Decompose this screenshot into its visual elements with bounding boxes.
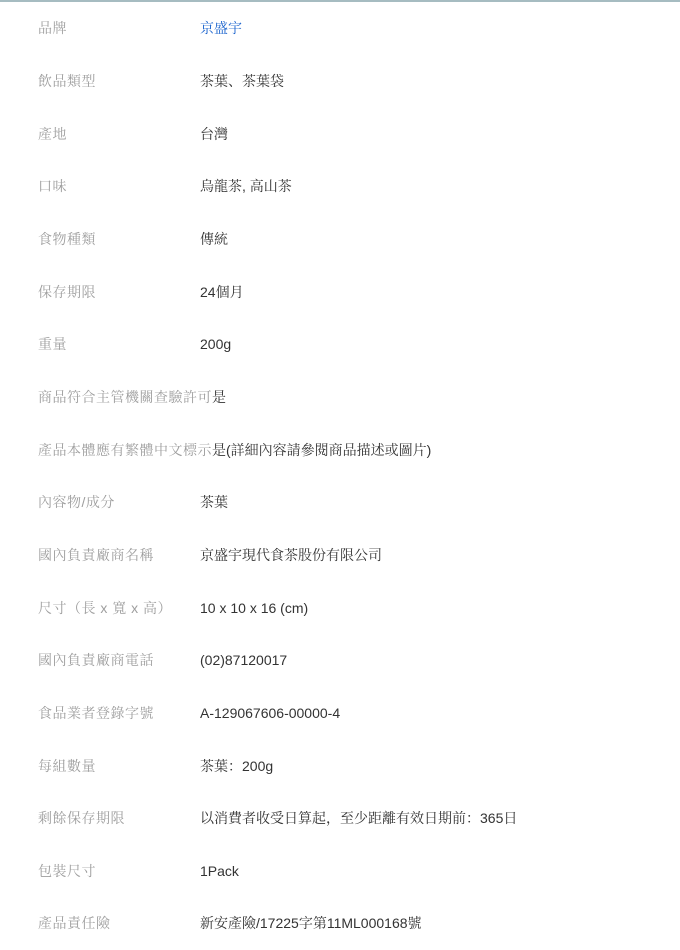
- spec-value: 10 x 10 x 16 (cm): [200, 600, 308, 616]
- product-spec-table: 品牌 京盛宇 飲品類型 茶葉、茶葉袋 產地 台灣 口味 烏龍茶, 高山茶 食物種…: [0, 0, 680, 950]
- spec-label: 產品責任險: [0, 913, 200, 933]
- spec-label: 國內負責廠商名稱: [0, 545, 200, 565]
- spec-label: 國內負責廠商電話: [0, 650, 200, 670]
- spec-row: 口味 烏龍茶, 高山茶: [0, 160, 680, 213]
- spec-value: 1Pack: [200, 863, 239, 879]
- spec-row: 產品責任險 新安產險/17225字第11ML000168號: [0, 897, 680, 950]
- spec-label: 尺寸（長 x 寬 x 高）: [0, 598, 200, 618]
- spec-label: 飲品類型: [0, 71, 200, 91]
- spec-value: 台灣: [200, 124, 228, 144]
- spec-row: 產品本體應有繁體中文標示 是(詳細內容請參閱商品描述或圖片): [0, 423, 680, 476]
- spec-value: 是: [212, 387, 226, 407]
- spec-row: 食物種類 傳統: [0, 213, 680, 266]
- spec-row: 內容物/成分 茶葉: [0, 476, 680, 529]
- spec-row: 品牌 京盛宇: [0, 2, 680, 55]
- spec-value: 是(詳細內容請參閱商品描述或圖片): [212, 440, 431, 460]
- spec-row: 剩餘保存期限 以消費者收受日算起，至少距離有效日期前：365日: [0, 792, 680, 845]
- spec-label: 包裝尺寸: [0, 861, 200, 881]
- spec-label: 商品符合主管機關查驗許可: [0, 387, 212, 407]
- spec-value: 以消費者收受日算起，至少距離有效日期前：365日: [200, 808, 517, 828]
- spec-value: 24個月: [200, 282, 244, 302]
- brand-link[interactable]: 京盛宇: [200, 18, 242, 38]
- spec-label: 每組數量: [0, 756, 200, 776]
- spec-row: 尺寸（長 x 寬 x 高） 10 x 10 x 16 (cm): [0, 581, 680, 634]
- spec-value: (02)87120017: [200, 652, 287, 668]
- spec-row: 商品符合主管機關查驗許可 是: [0, 371, 680, 424]
- spec-value: A-129067606-00000-4: [200, 705, 340, 721]
- spec-value: 茶葉：200g: [200, 756, 273, 776]
- spec-value: 茶葉、茶葉袋: [200, 71, 284, 91]
- spec-row: 包裝尺寸 1Pack: [0, 845, 680, 898]
- spec-label: 品牌: [0, 18, 200, 38]
- spec-label: 重量: [0, 334, 200, 354]
- spec-label: 產品本體應有繁體中文標示: [0, 440, 212, 460]
- spec-row: 食品業者登錄字號 A-129067606-00000-4: [0, 687, 680, 740]
- spec-row: 每組數量 茶葉：200g: [0, 739, 680, 792]
- spec-label: 口味: [0, 176, 200, 196]
- spec-label: 食物種類: [0, 229, 200, 249]
- spec-label: 保存期限: [0, 282, 200, 302]
- spec-row: 保存期限 24個月: [0, 265, 680, 318]
- spec-row: 產地 台灣: [0, 107, 680, 160]
- spec-value: 烏龍茶, 高山茶: [200, 176, 292, 196]
- spec-row: 飲品類型 茶葉、茶葉袋: [0, 55, 680, 108]
- spec-value: 新安產險/17225字第11ML000168號: [200, 913, 422, 933]
- spec-row: 國內負責廠商電話 (02)87120017: [0, 634, 680, 687]
- spec-row: 重量 200g: [0, 318, 680, 371]
- spec-value: 傳統: [200, 229, 228, 249]
- spec-row: 國內負責廠商名稱 京盛宇現代食茶股份有限公司: [0, 529, 680, 582]
- spec-value: 200g: [200, 336, 231, 352]
- spec-label: 內容物/成分: [0, 492, 200, 512]
- spec-value: 茶葉: [200, 492, 228, 512]
- spec-label: 剩餘保存期限: [0, 808, 200, 828]
- spec-label: 產地: [0, 124, 200, 144]
- spec-label: 食品業者登錄字號: [0, 703, 200, 723]
- spec-value: 京盛宇現代食茶股份有限公司: [200, 545, 382, 565]
